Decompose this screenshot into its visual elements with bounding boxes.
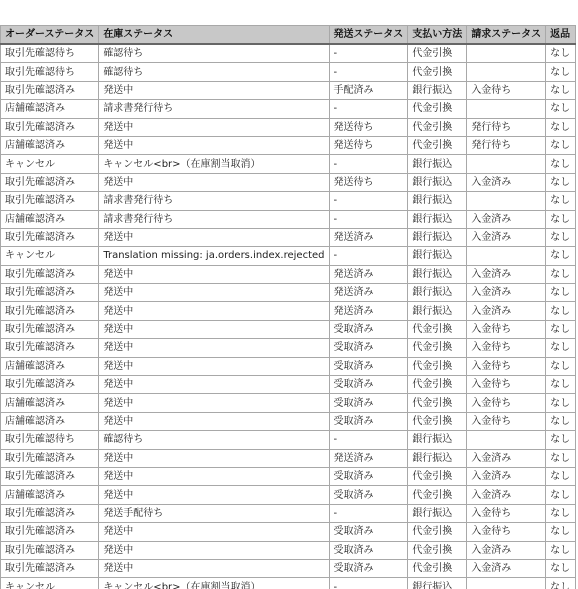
return-cell: なし	[546, 81, 576, 99]
return-cell: なし	[546, 523, 576, 541]
payment-method-cell: 代金引換	[408, 100, 467, 118]
order-status-cell: 取引先確認済み	[1, 302, 99, 320]
payment-method-cell: 代金引換	[408, 376, 467, 394]
table-row[interactable]: 店舗確認済み発送中受取済み代金引換入金待ちなし	[1, 357, 576, 375]
billing-status-cell: 入金待ち	[467, 81, 546, 99]
shipping-status-cell: 受取済み	[329, 523, 408, 541]
stock-status-cell: 発送中	[99, 486, 329, 504]
stock-status-cell: 発送中	[99, 357, 329, 375]
stock-status-cell: 発送中	[99, 173, 329, 191]
header-billing-status: 請求ステータス	[467, 26, 546, 45]
order-status-cell: 取引先確認済み	[1, 320, 99, 338]
stock-status-cell: 発送中	[99, 302, 329, 320]
order-status-cell: 取引先確認済み	[1, 173, 99, 191]
table-header-row: オーダーステータス 在庫ステータス 発送ステータス 支払い方法 請求ステータス …	[1, 26, 576, 45]
payment-method-cell: 代金引換	[408, 118, 467, 136]
payment-method-cell: 銀行振込	[408, 449, 467, 467]
shipping-status-cell: 発送済み	[329, 302, 408, 320]
billing-status-cell: 入金待ち	[467, 339, 546, 357]
table-row[interactable]: 取引先確認済み発送中発送待ち代金引換発行待ちなし	[1, 118, 576, 136]
order-status-cell: 取引先確認済み	[1, 339, 99, 357]
payment-method-cell: 銀行振込	[408, 155, 467, 173]
table-row[interactable]: 取引先確認済み発送中発送済み銀行振込入金済みなし	[1, 284, 576, 302]
order-status-cell: 店舗確認済み	[1, 210, 99, 228]
return-cell: なし	[546, 302, 576, 320]
billing-status-cell	[467, 155, 546, 173]
shipping-status-cell: -	[329, 578, 408, 589]
return-cell: なし	[546, 376, 576, 394]
table-row[interactable]: 取引先確認済み発送中発送済み銀行振込入金済みなし	[1, 449, 576, 467]
order-status-cell: キャンセル	[1, 578, 99, 589]
stock-status-cell: 確認待ち	[99, 44, 329, 63]
return-cell: なし	[546, 192, 576, 210]
billing-status-cell: 発行待ち	[467, 136, 546, 154]
payment-method-cell: 代金引換	[408, 486, 467, 504]
billing-status-cell	[467, 192, 546, 210]
order-status-cell: キャンセル	[1, 155, 99, 173]
shipping-status-cell: 発送待ち	[329, 136, 408, 154]
order-status-cell: 店舗確認済み	[1, 412, 99, 430]
stock-status-cell: 発送中	[99, 467, 329, 485]
stock-status-cell: 発送中	[99, 284, 329, 302]
payment-method-cell: 代金引換	[408, 357, 467, 375]
shipping-status-cell: -	[329, 155, 408, 173]
return-cell: なし	[546, 100, 576, 118]
stock-status-cell: 発送中	[99, 412, 329, 430]
table-row[interactable]: 取引先確認済み発送中受取済み代金引換入金待ちなし	[1, 376, 576, 394]
stock-status-cell: 発送中	[99, 339, 329, 357]
shipping-status-cell: -	[329, 431, 408, 449]
shipping-status-cell: 受取済み	[329, 339, 408, 357]
table-row[interactable]: 店舗確認済み請求書発行待ち-代金引換なし	[1, 100, 576, 118]
payment-method-cell: 代金引換	[408, 63, 467, 81]
shipping-status-cell: 発送済み	[329, 449, 408, 467]
return-cell: なし	[546, 504, 576, 522]
order-status-cell: 店舗確認済み	[1, 486, 99, 504]
header-return: 返品	[546, 26, 576, 45]
return-cell: なし	[546, 118, 576, 136]
stock-status-cell: 発送中	[99, 320, 329, 338]
payment-method-cell: 銀行振込	[408, 284, 467, 302]
table-row[interactable]: 取引先確認済み発送中受取済み代金引換入金待ちなし	[1, 523, 576, 541]
payment-method-cell: 代金引換	[408, 467, 467, 485]
billing-status-cell: 入金待ち	[467, 412, 546, 430]
return-cell: なし	[546, 541, 576, 559]
stock-status-cell: 発送中	[99, 81, 329, 99]
payment-method-cell: 銀行振込	[408, 228, 467, 246]
return-cell: なし	[546, 320, 576, 338]
stock-status-cell: 発送中	[99, 523, 329, 541]
payment-method-cell: 銀行振込	[408, 578, 467, 589]
table-row[interactable]: 取引先確認済み発送中受取済み代金引換入金済みなし	[1, 467, 576, 485]
return-cell: なし	[546, 136, 576, 154]
stock-status-cell: 発送中	[99, 136, 329, 154]
billing-status-cell: 入金待ち	[467, 357, 546, 375]
shipping-status-cell: -	[329, 63, 408, 81]
table-row[interactable]: キャンセルキャンセル<br>（在庫割当取消）-銀行振込なし	[1, 578, 576, 589]
billing-status-cell: 発行待ち	[467, 118, 546, 136]
table-row[interactable]: 取引先確認済み請求書発行待ち-銀行振込なし	[1, 192, 576, 210]
billing-status-cell: 入金済み	[467, 210, 546, 228]
table-row[interactable]: 取引先確認済み発送中受取済み代金引換入金待ちなし	[1, 339, 576, 357]
billing-status-cell	[467, 247, 546, 265]
order-status-cell: 店舗確認済み	[1, 357, 99, 375]
shipping-status-cell: 発送待ち	[329, 173, 408, 191]
order-status-cell: 取引先確認済み	[1, 376, 99, 394]
header-stock-status: 在庫ステータス	[99, 26, 329, 45]
billing-status-cell: 入金済み	[467, 541, 546, 559]
header-shipping-status: 発送ステータス	[329, 26, 408, 45]
billing-status-cell	[467, 578, 546, 589]
return-cell: なし	[546, 228, 576, 246]
orders-table: オーダーステータス 在庫ステータス 発送ステータス 支払い方法 請求ステータス …	[0, 25, 576, 589]
return-cell: なし	[546, 578, 576, 589]
stock-status-cell: 請求書発行待ち	[99, 210, 329, 228]
table-row[interactable]: 店舗確認済み発送中受取済み代金引換入金待ちなし	[1, 412, 576, 430]
stock-status-cell: 発送中	[99, 449, 329, 467]
return-cell: なし	[546, 467, 576, 485]
table-row[interactable]: キャンセルキャンセル<br>（在庫割当取消）-銀行振込なし	[1, 155, 576, 173]
payment-method-cell: 代金引換	[408, 541, 467, 559]
billing-status-cell: 入金済み	[467, 486, 546, 504]
payment-method-cell: 代金引換	[408, 339, 467, 357]
billing-status-cell	[467, 44, 546, 63]
table-row[interactable]: 店舗確認済み発送中受取済み代金引換入金済みなし	[1, 486, 576, 504]
shipping-status-cell: 受取済み	[329, 394, 408, 412]
stock-status-cell: 発送中	[99, 376, 329, 394]
billing-status-cell: 入金待ち	[467, 376, 546, 394]
billing-status-cell: 入金済み	[467, 467, 546, 485]
table-row[interactable]: 取引先確認済み発送中発送待ち銀行振込入金済みなし	[1, 173, 576, 191]
stock-status-cell: 確認待ち	[99, 63, 329, 81]
stock-status-cell: 発送中	[99, 394, 329, 412]
return-cell: なし	[546, 449, 576, 467]
table-row[interactable]: 取引先確認済み発送中受取済み代金引換入金済みなし	[1, 559, 576, 577]
billing-status-cell: 入金待ち	[467, 320, 546, 338]
order-status-cell: 取引先確認済み	[1, 541, 99, 559]
stock-status-cell: 請求書発行待ち	[99, 100, 329, 118]
table-body: 取引先確認待ち確認待ち-代金引換なし取引先確認待ち確認待ち-代金引換なし取引先確…	[1, 44, 576, 589]
order-status-cell: 店舗確認済み	[1, 394, 99, 412]
billing-status-cell: 入金済み	[467, 302, 546, 320]
table-row[interactable]: 取引先確認待ち確認待ち-代金引換なし	[1, 44, 576, 63]
payment-method-cell: 代金引換	[408, 412, 467, 430]
return-cell: なし	[546, 265, 576, 283]
billing-status-cell: 入金待ち	[467, 504, 546, 522]
payment-method-cell: 銀行振込	[408, 431, 467, 449]
payment-method-cell: 代金引換	[408, 523, 467, 541]
shipping-status-cell: -	[329, 44, 408, 63]
shipping-status-cell: 受取済み	[329, 376, 408, 394]
payment-method-cell: 銀行振込	[408, 504, 467, 522]
table-row[interactable]: 取引先確認待ち確認待ち-銀行振込なし	[1, 431, 576, 449]
table-row[interactable]: 取引先確認済み発送中受取済み代金引換入金待ちなし	[1, 320, 576, 338]
order-status-cell: 取引先確認済み	[1, 449, 99, 467]
order-status-cell: 取引先確認待ち	[1, 44, 99, 63]
return-cell: なし	[546, 44, 576, 63]
table-row[interactable]: 店舗確認済み発送中発送待ち代金引換発行待ちなし	[1, 136, 576, 154]
order-status-cell: 取引先確認済み	[1, 265, 99, 283]
payment-method-cell: 代金引換	[408, 394, 467, 412]
return-cell: なし	[546, 155, 576, 173]
table-row[interactable]: 取引先確認済み発送中発送済み銀行振込入金済みなし	[1, 265, 576, 283]
return-cell: なし	[546, 412, 576, 430]
stock-status-cell: 発送中	[99, 559, 329, 577]
billing-status-cell	[467, 63, 546, 81]
billing-status-cell	[467, 431, 546, 449]
payment-method-cell: 銀行振込	[408, 210, 467, 228]
shipping-status-cell: 受取済み	[329, 357, 408, 375]
order-status-cell: 取引先確認済み	[1, 523, 99, 541]
payment-method-cell: 代金引換	[408, 559, 467, 577]
shipping-status-cell: 発送済み	[329, 284, 408, 302]
shipping-status-cell: 手配済み	[329, 81, 408, 99]
order-status-cell: キャンセル	[1, 247, 99, 265]
billing-status-cell: 入金待ち	[467, 523, 546, 541]
stock-status-cell: キャンセル<br>（在庫割当取消）	[99, 155, 329, 173]
table-row[interactable]: 取引先確認待ち確認待ち-代金引換なし	[1, 63, 576, 81]
shipping-status-cell: 受取済み	[329, 486, 408, 504]
stock-status-cell: キャンセル<br>（在庫割当取消）	[99, 578, 329, 589]
billing-status-cell: 入金済み	[467, 284, 546, 302]
payment-method-cell: 銀行振込	[408, 247, 467, 265]
order-status-cell: 取引先確認済み	[1, 284, 99, 302]
order-status-cell: 取引先確認済み	[1, 467, 99, 485]
billing-status-cell: 入金済み	[467, 449, 546, 467]
payment-method-cell: 銀行振込	[408, 81, 467, 99]
shipping-status-cell: -	[329, 504, 408, 522]
order-status-cell: 取引先確認済み	[1, 559, 99, 577]
order-status-cell: 取引先確認待ち	[1, 431, 99, 449]
order-status-cell: 取引先確認待ち	[1, 63, 99, 81]
return-cell: なし	[546, 357, 576, 375]
billing-status-cell: 入金済み	[467, 173, 546, 191]
stock-status-cell: 発送中	[99, 228, 329, 246]
payment-method-cell: 代金引換	[408, 44, 467, 63]
shipping-status-cell: 発送済み	[329, 265, 408, 283]
stock-status-cell: 発送中	[99, 118, 329, 136]
header-payment-method: 支払い方法	[408, 26, 467, 45]
stock-status-cell: 確認待ち	[99, 431, 329, 449]
shipping-status-cell: 発送済み	[329, 228, 408, 246]
header-order-status: オーダーステータス	[1, 26, 99, 45]
order-status-cell: 取引先確認済み	[1, 192, 99, 210]
table-row[interactable]: 店舗確認済み請求書発行待ち-銀行振込入金済みなし	[1, 210, 576, 228]
return-cell: なし	[546, 486, 576, 504]
shipping-status-cell: -	[329, 100, 408, 118]
order-status-cell: 取引先確認済み	[1, 228, 99, 246]
shipping-status-cell: 受取済み	[329, 467, 408, 485]
table-row[interactable]: キャンセルTranslation missing: ja.orders.inde…	[1, 247, 576, 265]
payment-method-cell: 代金引換	[408, 320, 467, 338]
billing-status-cell	[467, 100, 546, 118]
return-cell: なし	[546, 284, 576, 302]
table-row[interactable]: 取引先確認済み発送中発送済み銀行振込入金済みなし	[1, 302, 576, 320]
shipping-status-cell: -	[329, 247, 408, 265]
return-cell: なし	[546, 173, 576, 191]
return-cell: なし	[546, 247, 576, 265]
table-row[interactable]: 取引先確認済み発送中発送済み銀行振込入金済みなし	[1, 228, 576, 246]
shipping-status-cell: 発送待ち	[329, 118, 408, 136]
table-row[interactable]: 取引先確認済み発送手配待ち-銀行振込入金待ちなし	[1, 504, 576, 522]
shipping-status-cell: 受取済み	[329, 320, 408, 338]
shipping-status-cell: -	[329, 210, 408, 228]
billing-status-cell: 入金済み	[467, 559, 546, 577]
order-status-cell: 店舗確認済み	[1, 136, 99, 154]
return-cell: なし	[546, 431, 576, 449]
stock-status-cell: 請求書発行待ち	[99, 192, 329, 210]
stock-status-cell: 発送手配待ち	[99, 504, 329, 522]
table-row[interactable]: 取引先確認済み発送中受取済み代金引換入金済みなし	[1, 541, 576, 559]
order-status-cell: 取引先確認済み	[1, 504, 99, 522]
stock-status-cell: Translation missing: ja.orders.index.rej…	[99, 247, 329, 265]
payment-method-cell: 銀行振込	[408, 192, 467, 210]
return-cell: なし	[546, 394, 576, 412]
table-row[interactable]: 店舗確認済み発送中受取済み代金引換入金待ちなし	[1, 394, 576, 412]
return-cell: なし	[546, 559, 576, 577]
payment-method-cell: 銀行振込	[408, 173, 467, 191]
payment-method-cell: 銀行振込	[408, 302, 467, 320]
stock-status-cell: 発送中	[99, 541, 329, 559]
shipping-status-cell: 受取済み	[329, 559, 408, 577]
order-status-cell: 取引先確認済み	[1, 81, 99, 99]
shipping-status-cell: -	[329, 192, 408, 210]
payment-method-cell: 代金引換	[408, 136, 467, 154]
billing-status-cell: 入金済み	[467, 265, 546, 283]
order-status-cell: 店舗確認済み	[1, 100, 99, 118]
return-cell: なし	[546, 339, 576, 357]
payment-method-cell: 銀行振込	[408, 265, 467, 283]
billing-status-cell: 入金待ち	[467, 394, 546, 412]
return-cell: なし	[546, 63, 576, 81]
return-cell: なし	[546, 210, 576, 228]
order-status-cell: 取引先確認済み	[1, 118, 99, 136]
shipping-status-cell: 受取済み	[329, 541, 408, 559]
table-row[interactable]: 取引先確認済み発送中手配済み銀行振込入金待ちなし	[1, 81, 576, 99]
billing-status-cell: 入金済み	[467, 228, 546, 246]
stock-status-cell: 発送中	[99, 265, 329, 283]
shipping-status-cell: 受取済み	[329, 412, 408, 430]
